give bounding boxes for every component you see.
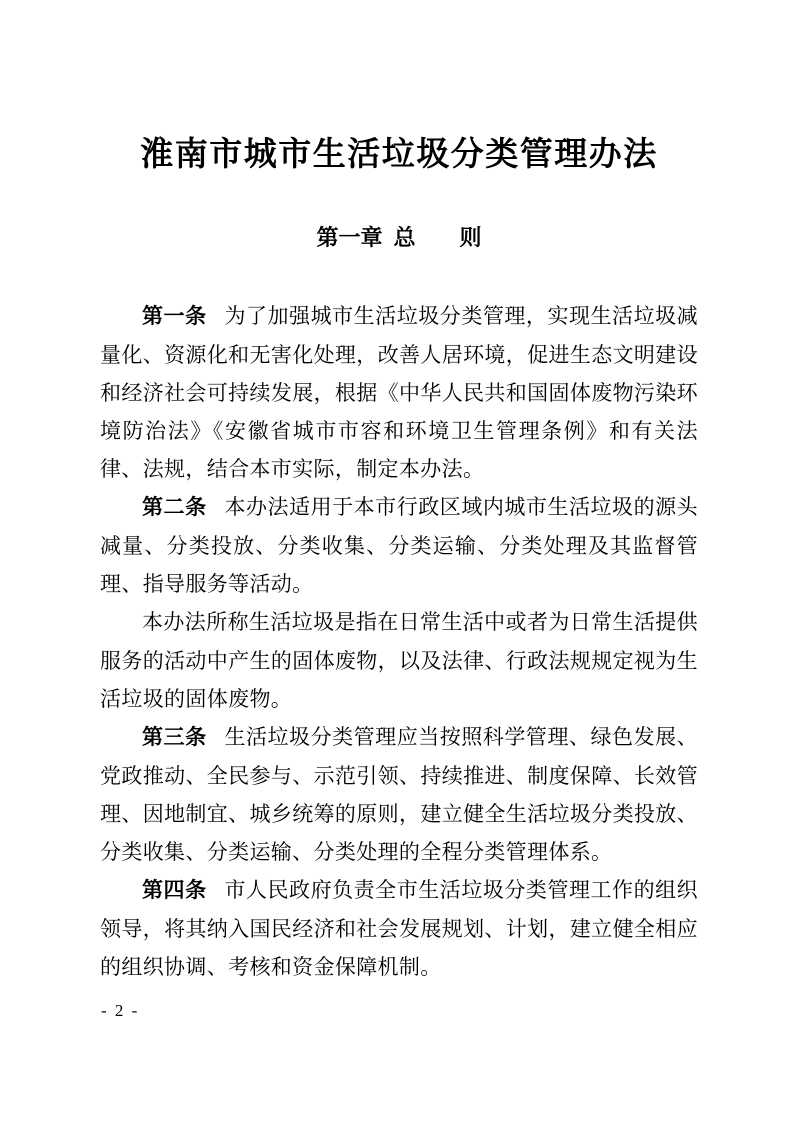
document-content: 淮南市城市生活垃圾分类管理办法 第一章 总 则 第一条为了加强城市生活垃圾分类管… [100, 0, 698, 986]
article-number-label: 第二条 [142, 496, 207, 519]
document-page: 淮南市城市生活垃圾分类管理办法 第一章 总 则 第一条为了加强城市生活垃圾分类管… [0, 0, 794, 1123]
article-paragraph: 第二条本办法适用于本市行政区域内城市生活垃圾的源头减量、分类投放、分类收集、分类… [100, 488, 698, 603]
article-paragraph: 第三条生活垃圾分类管理应当按照科学管理、绿色发展、党政推动、全民参与、示范引领、… [100, 718, 698, 871]
chapter-heading: 第一章 总 则 [100, 223, 698, 253]
article-text: 为了加强城市生活垃圾分类管理，实现生活垃圾减量化、资源化和无害化处理，改善人居环… [100, 304, 698, 481]
article-paragraph: 本办法所称生活垃圾是指在日常生活中或者为日常生活提供服务的活动中产生的固体废物，… [100, 603, 698, 718]
article-number-label: 第一条 [142, 305, 207, 328]
article-paragraph: 第一条为了加强城市生活垃圾分类管理，实现生活垃圾减量化、资源化和无害化处理，改善… [100, 297, 698, 488]
article-text: 本办法所称生活垃圾是指在日常生活中或者为日常生活提供服务的活动中产生的固体废物，… [100, 610, 698, 711]
document-title: 淮南市城市生活垃圾分类管理办法 [100, 133, 698, 177]
article-number-label: 第三条 [142, 726, 207, 749]
article-number-label: 第四条 [142, 879, 207, 902]
article-list: 第一条为了加强城市生活垃圾分类管理，实现生活垃圾减量化、资源化和无害化处理，改善… [100, 297, 698, 986]
article-paragraph: 第四条市人民政府负责全市生活垃圾分类管理工作的组织领导，将其纳入国民经济和社会发… [100, 871, 698, 986]
page-number: - 2 - [101, 1000, 139, 1022]
